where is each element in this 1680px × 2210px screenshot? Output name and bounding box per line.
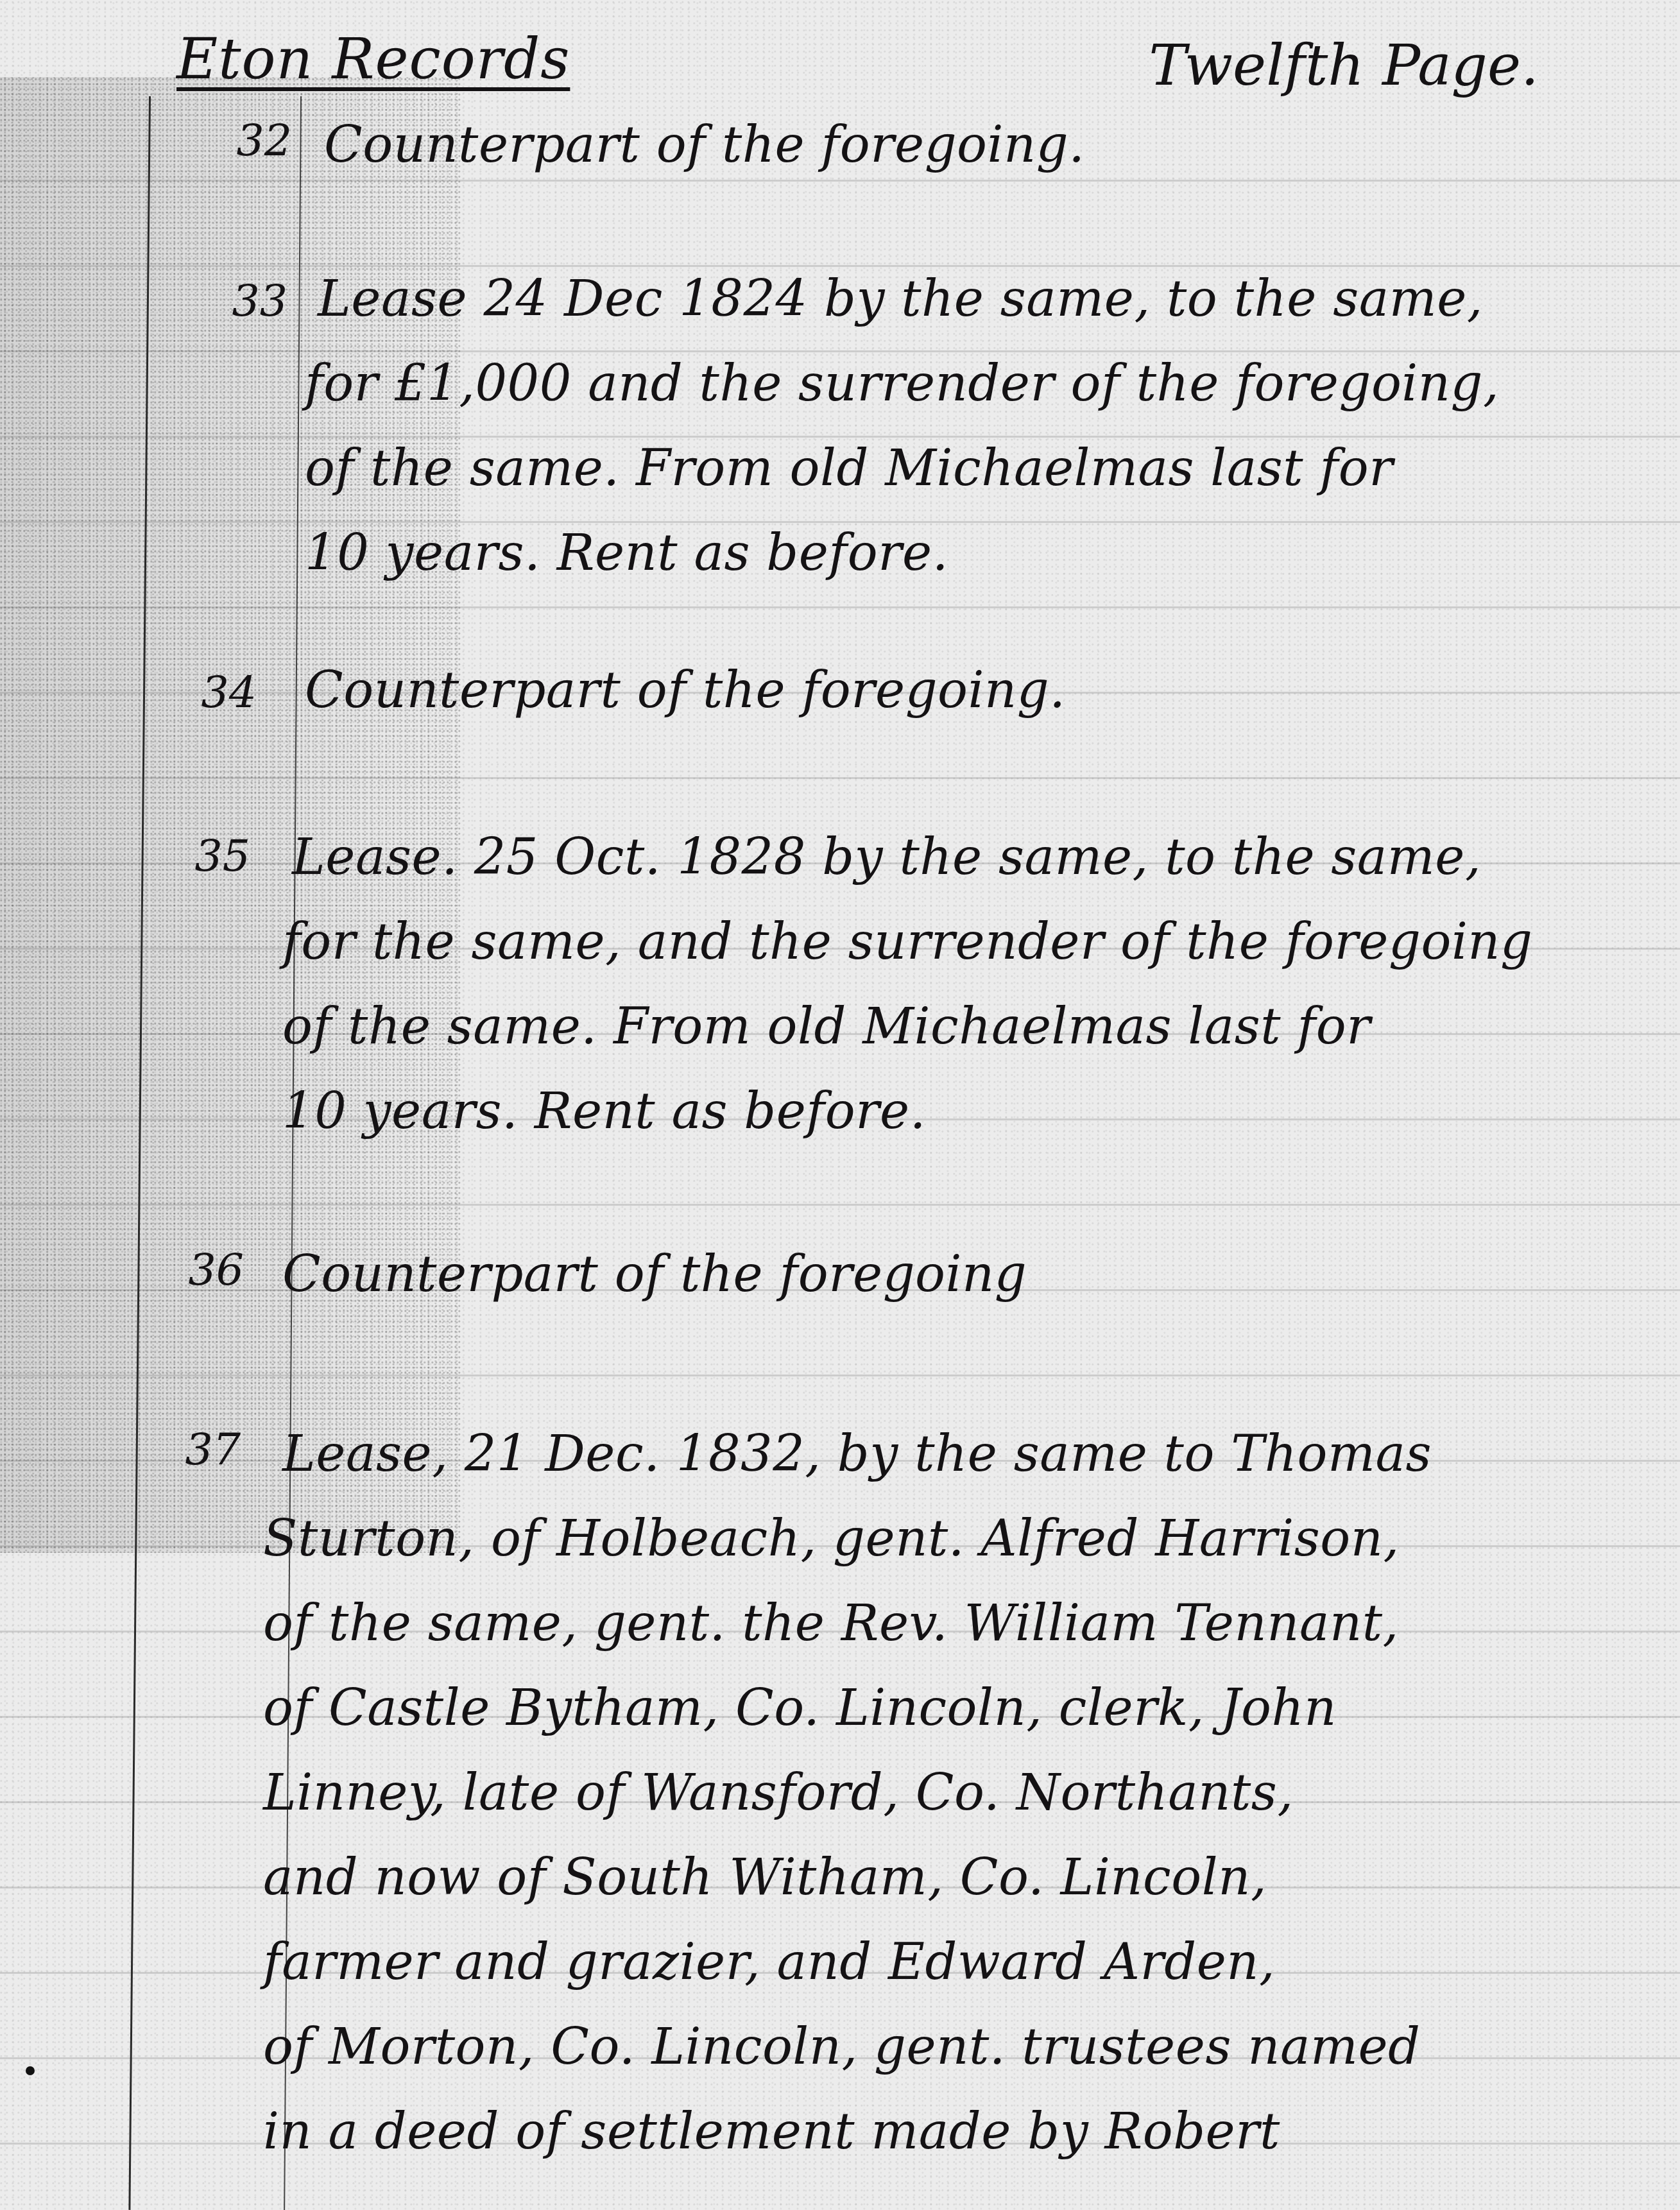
entry-line: Linney, late of Wansford, Co. Northants, <box>263 1751 1656 1835</box>
entry-line: 10 years. Rent as before. <box>305 511 1680 595</box>
entry-number: 35 <box>154 831 250 882</box>
entry-line: of Castle Bytham, Co. Lincoln, clerk, Jo… <box>263 1666 1656 1751</box>
entry-line: 10 years. Rent as before. <box>282 1069 1665 1154</box>
entry-text: Counterpart of the foregoing <box>282 1232 1656 1317</box>
entry-line: of Morton, Co. Lincoln, gent. trustees n… <box>263 2005 1656 2089</box>
entry-number: 32 <box>196 116 292 166</box>
entry-line: Lease, 21 Dec. 1832, by the same to Thom… <box>282 1412 1656 1496</box>
entry-number: 34 <box>160 667 257 718</box>
entry-line: Lease 24 Dec 1824 by the same, to the sa… <box>318 257 1680 341</box>
document-title: Eton Records <box>176 26 570 92</box>
entry-line: of the same, gent. the Rev. William Tenn… <box>263 1581 1656 1666</box>
entry-text: Counterpart of the foregoing. <box>324 103 1680 187</box>
entry-text: Lease. 25 Oct. 1828 by the same, to the … <box>292 815 1665 1154</box>
entry-line: of the same. From old Michaelmas last fo… <box>305 426 1680 511</box>
entry-number: 33 <box>191 276 287 327</box>
entry-line: for the same, and the surrender of the f… <box>282 900 1665 984</box>
entry-line: Counterpart of the foregoing <box>282 1232 1656 1317</box>
page-label: Twelfth Page. <box>1149 32 1539 98</box>
entry-line: of the same. From old Michaelmas last fo… <box>282 984 1665 1069</box>
entry-text: Lease 24 Dec 1824 by the same, to the sa… <box>318 257 1680 595</box>
page-header: Eton Records Twelfth Page. <box>176 26 1584 103</box>
entry-line: Sturton, of Holbeach, gent. Alfred Harri… <box>263 1496 1656 1581</box>
entry-text: Lease, 21 Dec. 1832, by the same to Thom… <box>282 1412 1656 2174</box>
entry-number: 37 <box>144 1425 241 1475</box>
entry-line: Lease. 25 Oct. 1828 by the same, to the … <box>292 815 1665 900</box>
entry-line: and now of South Witham, Co. Lincoln, <box>263 1835 1656 1920</box>
stray-ink-dot <box>26 2066 35 2075</box>
entry-line: in a deed of settlement made by Robert <box>263 2089 1656 2174</box>
entry-line: Counterpart of the foregoing. <box>324 103 1680 187</box>
entry-text: Counterpart of the foregoing. <box>305 648 1678 733</box>
entry-number: 36 <box>148 1245 244 1296</box>
entry-line: Counterpart of the foregoing. <box>305 648 1678 733</box>
entry-line: for £1,000 and the surrender of the fore… <box>305 341 1680 426</box>
entry-line: farmer and grazier, and Edward Arden, <box>263 1920 1656 2005</box>
outer-margin-line <box>128 96 151 2210</box>
